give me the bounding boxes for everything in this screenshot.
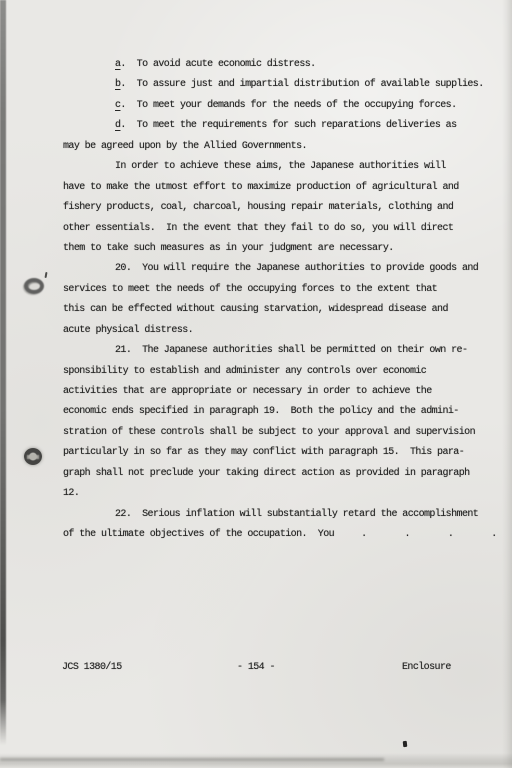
document-line: graph shall not preclude your taking dir… <box>63 464 508 484</box>
scan-edge-left <box>0 0 6 745</box>
list-item-text: . To avoid acute economic distress. <box>120 59 315 70</box>
binder-grommet-mark <box>24 448 42 465</box>
list-item-d: d. To meet the requirements for such rep… <box>63 116 508 136</box>
binder-ring-mark <box>24 278 44 294</box>
document-line: stration of these controls shall be subj… <box>63 423 508 443</box>
paragraph-21-start: 21. The Japanese authorities shall be pe… <box>63 341 508 361</box>
stray-tick-mark <box>44 272 47 278</box>
document-line: activities that are appropriate or neces… <box>63 382 508 402</box>
document-line: may be agreed upon by the Allied Governm… <box>63 137 508 157</box>
document-line: this can be effected without causing sta… <box>63 300 508 320</box>
document-line: sponsibility to establish and administer… <box>63 362 508 382</box>
list-item-b: b. To assure just and impartial distribu… <box>63 75 508 95</box>
document-line: them to take such measures as in your ju… <box>63 239 508 259</box>
document-line: services to meet the needs of the occupy… <box>63 280 508 300</box>
paragraph-22-start: 22. Serious inflation will substantially… <box>63 505 508 525</box>
list-item-text: . To meet the requirements for such repa… <box>120 120 456 131</box>
footer-document-number: JCS 1380/15 <box>62 662 122 673</box>
document-line: economic ends specified in paragraph 19.… <box>63 402 508 422</box>
document-line: have to make the utmost effort to maximi… <box>63 178 508 198</box>
list-item-text: . To assure just and impartial distribut… <box>120 79 483 90</box>
list-item-c: c. To meet your demands for the needs of… <box>63 96 508 116</box>
document-body: a. To avoid acute economic distress. b. … <box>63 55 508 546</box>
document-line: 12. <box>63 484 508 504</box>
document-line: fishery products, coal, charcoal, housin… <box>63 198 508 218</box>
list-item-text: . To meet your demands for the needs of … <box>120 100 456 111</box>
document-line: acute physical distress. <box>63 321 508 341</box>
ink-speck <box>403 741 408 747</box>
scanned-document-page: a. To avoid acute economic distress. b. … <box>0 0 512 768</box>
list-item-a: a. To avoid acute economic distress. <box>63 55 508 75</box>
scan-bottom-streak <box>0 758 384 761</box>
document-line: In order to achieve these aims, the Japa… <box>63 157 508 177</box>
footer-enclosure-label: Enclosure <box>402 662 451 673</box>
document-line: particularly in so far as they may confl… <box>63 443 508 463</box>
paragraph-20-start: 20. You will require the Japanese author… <box>63 259 508 279</box>
document-line: of the ultimate objectives of the occupa… <box>63 525 508 545</box>
footer-page-number: - 154 - <box>237 662 275 673</box>
document-line: other essentials. In the event that they… <box>63 219 508 239</box>
page-footer: JCS 1380/15 - 154 - Enclosure <box>0 662 512 678</box>
